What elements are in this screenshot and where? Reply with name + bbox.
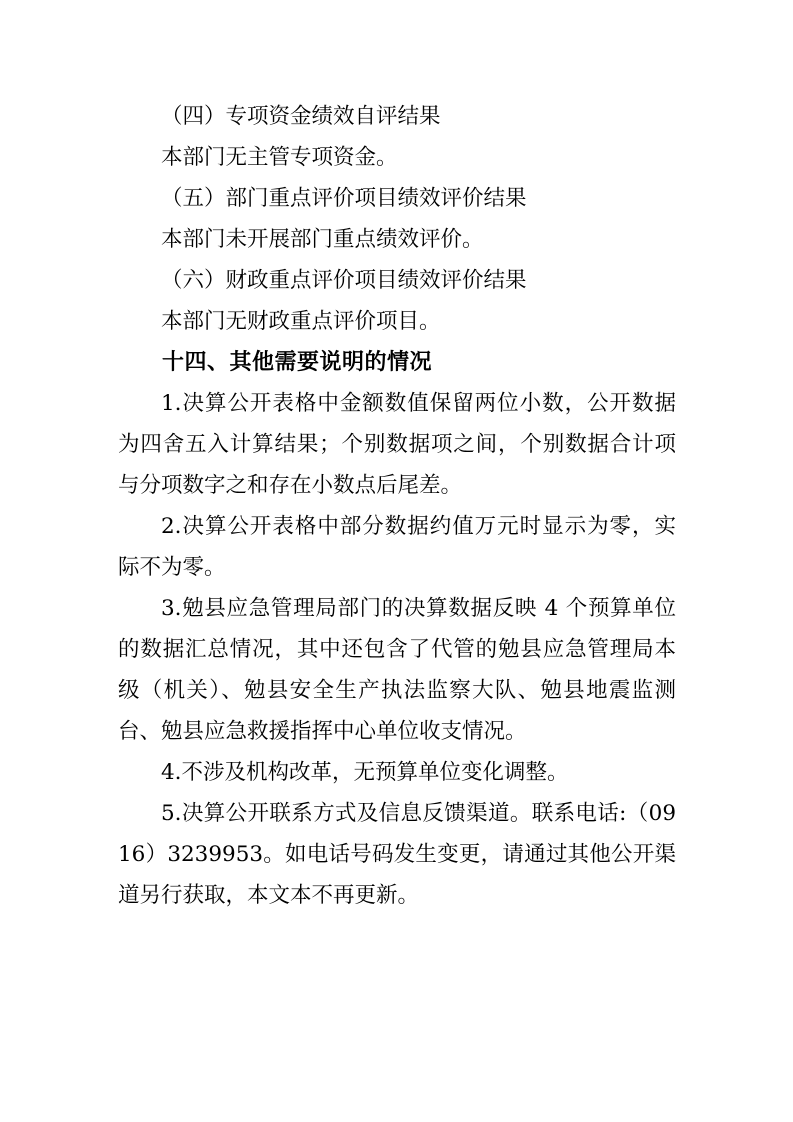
document-content: （四）专项资金绩效自评结果本部门无主管专项资金。（五）部门重点评价项目绩效评价结…: [118, 96, 676, 916]
paragraph: 5.决算公开联系方式及信息反馈渠道。联系电话:（0916）3239953。如电话…: [118, 793, 676, 916]
sub-section-heading: （四）专项资金绩效自评结果: [118, 96, 676, 137]
sub-section-heading: （六）财政重点评价项目绩效评价结果: [118, 260, 676, 301]
section-heading: 十四、其他需要说明的情况: [118, 342, 676, 383]
paragraph: 本部门无财政重点评价项目。: [118, 301, 676, 342]
paragraph: 本部门未开展部门重点绩效评价。: [118, 219, 676, 260]
paragraph: 4.不涉及机构改革，无预算单位变化调整。: [118, 752, 676, 793]
paragraph: 本部门无主管专项资金。: [118, 137, 676, 178]
sub-section-heading: （五）部门重点评价项目绩效评价结果: [118, 178, 676, 219]
paragraph: 3.勉县应急管理局部门的决算数据反映 4 个预算单位的数据汇总情况，其中还包含了…: [118, 588, 676, 752]
document-page: （四）专项资金绩效自评结果本部门无主管专项资金。（五）部门重点评价项目绩效评价结…: [0, 0, 793, 1122]
paragraph: 1.决算公开表格中金额数值保留两位小数，公开数据为四舍五入计算结果；个别数据项之…: [118, 383, 676, 506]
paragraph: 2.决算公开表格中部分数据约值万元时显示为零，实际不为零。: [118, 506, 676, 588]
